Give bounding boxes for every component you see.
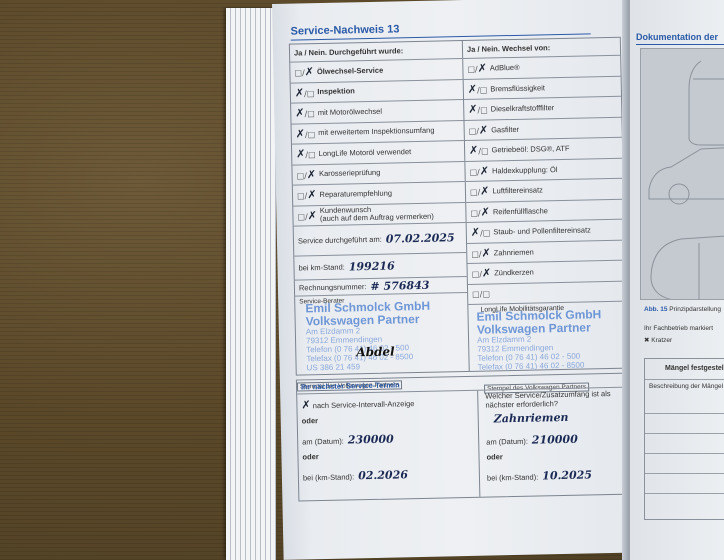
checkbox-checked-icon: ✗	[480, 164, 489, 177]
item-label: Karosserieprüfung	[319, 169, 380, 179]
item-label: Inspektion	[317, 87, 355, 96]
item-label: Getriebeöl: DSG®, ATF	[491, 144, 569, 155]
item-label: Haldexkupplung: Öl	[492, 165, 558, 175]
checkbox-empty-icon: □	[308, 150, 316, 159]
checkbox-empty-icon: □	[307, 89, 315, 98]
checkbox-empty-icon: □	[467, 65, 475, 74]
item-label: Dieselkraftstofffilter	[491, 103, 555, 113]
checkbox-checked-icon: ✗	[481, 246, 490, 259]
checkbox-checked-icon: ✗	[305, 65, 314, 78]
or-label: oder	[302, 416, 318, 425]
title-rule	[636, 44, 724, 45]
item-label: mit erweitertem Inspektionsumfang	[318, 127, 434, 138]
checkbox-empty-icon: □	[294, 69, 302, 78]
checkbox-empty-icon: □	[481, 147, 489, 156]
dealer-stamp: Emil Schmolck GmbHVolkswagen PartnerAm E…	[476, 308, 602, 372]
checkbox-pair[interactable]: □/✗	[296, 168, 316, 181]
item-label: LongLife Motoröl verwendet	[319, 148, 412, 158]
checkbox-empty-icon: □	[307, 109, 315, 118]
checkbox-pair[interactable]: ✗/□	[295, 86, 315, 99]
checkbox-empty-icon: □	[472, 289, 480, 298]
checkbox-checked-icon: ✗	[482, 267, 491, 280]
scope-date-value: 210000	[532, 433, 578, 447]
defects-table: Mängel festgestellt Beschreibung der Män…	[644, 358, 724, 520]
service-date-field[interactable]: Service durchgeführt am:07.02.2025	[294, 223, 467, 257]
row-divider	[645, 413, 724, 414]
marked-text: Ihr Fachbetrieb markiert	[644, 325, 713, 332]
checkbox-empty-icon: □	[482, 289, 490, 298]
item-label: Luftfiltereinsatz	[492, 186, 543, 196]
checkbox-empty-icon: □	[483, 229, 491, 238]
checkbox-pair[interactable]: □/□	[472, 289, 490, 298]
exchanged-column: Ja / Nein. Wechsel von:□/✗AdBlue®✗/□Brem…	[463, 38, 627, 371]
checkbox-empty-icon: □	[480, 85, 488, 94]
car-outline-icon	[641, 49, 724, 299]
checkbox-empty-icon: □	[470, 208, 478, 217]
item-label: Gasfilter	[491, 125, 519, 135]
row-divider	[645, 493, 724, 494]
next-km-field[interactable]: bei (km-Stand):02.2026	[303, 468, 408, 483]
item-label: Reifenfüllflasche	[493, 206, 548, 216]
checkbox-empty-icon: □	[471, 249, 479, 258]
checkbox-pair[interactable]: □/✗	[297, 188, 317, 201]
scope-km-value: 10.2025	[542, 468, 592, 482]
scope-km-field[interactable]: bei (km-Stand):10.2025	[487, 468, 592, 483]
checkbox-checked-icon: ✗	[307, 188, 316, 201]
car-diagram	[640, 48, 724, 300]
checkbox-pair[interactable]: ✗/□	[469, 144, 489, 157]
handwritten-value: # 576843	[370, 279, 429, 293]
stamp-line: US 386 21 459	[307, 361, 432, 372]
or-label: oder	[486, 452, 502, 461]
item-label: Bremsflüssigkeit	[490, 83, 545, 93]
dealer-stamp: Emil Schmolck GmbHVolkswagen PartnerAm E…	[305, 300, 431, 373]
checkbox-checked-icon: ✗	[481, 205, 490, 218]
checkbox-pair[interactable]: ✗/□	[468, 82, 488, 95]
row-divider	[645, 473, 724, 474]
item-label: Zahnriemen	[494, 247, 534, 257]
next-service-right: Welcher Service/Zusatzumfang ist als näc…	[481, 388, 629, 497]
field-label: Service durchgeführt am:	[298, 235, 382, 246]
row-divider	[645, 433, 724, 434]
field-label: Rechnungsnummer:	[299, 282, 367, 292]
next-km-value: 02.2026	[358, 468, 408, 482]
checkbox-pair[interactable]: □/✗	[470, 205, 490, 218]
item-label: Kundenwunsch(auch auf dem Auftrag vermer…	[320, 205, 434, 224]
scope-date-field[interactable]: am (Datum):210000	[486, 433, 578, 448]
next-date-field[interactable]: am (Datum):230000	[302, 433, 394, 448]
or-label: oder	[302, 452, 318, 461]
item-label: Zündkerzen	[494, 268, 534, 278]
checkbox-pair[interactable]: □/✗	[472, 267, 492, 280]
documentation-page: Dokumentation der Abb. 15 Prinzipdarstel…	[630, 0, 724, 560]
invoice-field[interactable]: Rechnungsnummer:# 576843	[295, 277, 467, 297]
checkbox-checked-icon: ✗	[480, 185, 489, 198]
checkbox-empty-icon: □	[469, 127, 477, 136]
interval-option[interactable]: ✗ nach Service-Intervall-Anzeige	[301, 396, 414, 411]
checkbox-checked-icon: ✗	[295, 86, 304, 99]
item-label: mit Motorölwechsel	[318, 107, 382, 117]
checkbox-pair[interactable]: ✗/□	[296, 147, 316, 160]
checkbox-pair[interactable]: □/✗	[297, 209, 317, 222]
field-label: bei km-Stand:	[298, 263, 344, 273]
service-table: Ja / Nein. Durchgeführt wurde:□/✗Ölwechs…	[289, 37, 628, 376]
checkbox-empty-icon: □	[297, 192, 305, 201]
page-title: Service-Nachweis 13	[290, 23, 399, 37]
checkbox-checked-icon: ✗	[296, 127, 305, 140]
performed-column: Ja / Nein. Durchgeführt wurde:□/✗Ölwechs…	[290, 41, 470, 375]
checkbox-empty-icon: □	[472, 270, 480, 279]
checkbox-empty-icon: □	[297, 171, 305, 180]
checkbox-empty-icon: □	[297, 212, 305, 221]
checkbox-pair[interactable]: ✗/□	[471, 226, 491, 239]
checkbox-pair[interactable]: ✗/□	[468, 103, 488, 116]
right-page-title: Dokumentation der	[636, 32, 718, 42]
next-date-value: 230000	[348, 433, 394, 447]
scope-question: Welcher Service/Zusatzumfang ist als näc…	[485, 390, 625, 410]
checkbox-empty-icon: □	[308, 130, 316, 139]
item-label: Ölwechsel-Service	[317, 66, 383, 76]
checkbox-checked-icon: ✗	[308, 209, 317, 222]
signature: Abdel	[356, 345, 395, 360]
checkbox-checked-icon: ✗	[479, 123, 488, 136]
handwritten-value: 07.02.2025	[386, 231, 455, 245]
row-divider	[645, 379, 724, 380]
next-service-left: ✗ nach Service-Intervall-Anzeige oder am…	[297, 391, 480, 501]
checkbox-pair[interactable]: ✗/□	[296, 127, 316, 140]
checkbox-pair[interactable]: ✗/□	[295, 106, 315, 119]
checkbox-empty-icon: □	[470, 188, 478, 197]
item-label: Staub- und Pollenfiltereinsatz	[493, 226, 591, 237]
checkbox-checked-icon: ✗	[468, 82, 477, 95]
figure-caption: Abb. 15 Prinzipdarstellung	[644, 306, 721, 313]
item-label: AdBlue®	[490, 63, 520, 73]
row-divider	[645, 453, 724, 454]
page-stack	[226, 8, 276, 560]
checkbox-checked-icon: ✗	[307, 168, 316, 181]
checkbox-pair[interactable]: □/✗	[470, 185, 490, 198]
exchanged-item: □/□	[468, 281, 625, 305]
defects-header: Mängel festgestellt	[665, 365, 724, 372]
checkbox-empty-icon: □	[469, 167, 477, 176]
scope-value[interactable]: Zahnriemen	[494, 411, 569, 426]
checkbox-empty-icon: □	[480, 106, 488, 115]
item-label: Reparaturempfehlung	[319, 189, 392, 199]
checkbox-pair[interactable]: □/✗	[467, 62, 487, 75]
legend-scratch: ✖ Kratzer	[644, 336, 672, 344]
checkbox-checked-icon: ✗	[478, 62, 487, 75]
service-record-page: Service-Nachweis 13 Ja / Nein. Durchgefü…	[272, 0, 644, 560]
next-service-box: Ihr nächster Service-Termin ✗ nach Servi…	[296, 373, 630, 502]
checkbox-checked-icon: ✗	[301, 398, 310, 411]
defects-description: Beschreibung der Mängel	[649, 383, 723, 390]
checkbox-pair[interactable]: □/✗	[469, 123, 489, 136]
checkbox-pair[interactable]: □/✗	[469, 164, 489, 177]
km-field[interactable]: bei km-Stand:199216	[294, 253, 466, 281]
checkbox-pair[interactable]: □/✗	[294, 65, 314, 78]
stamp-line: Telefax (0 76 41) 46 02 - 8500	[478, 361, 603, 372]
checkbox-pair[interactable]: □/✗	[471, 246, 491, 259]
handwritten-value: 199216	[349, 259, 395, 273]
